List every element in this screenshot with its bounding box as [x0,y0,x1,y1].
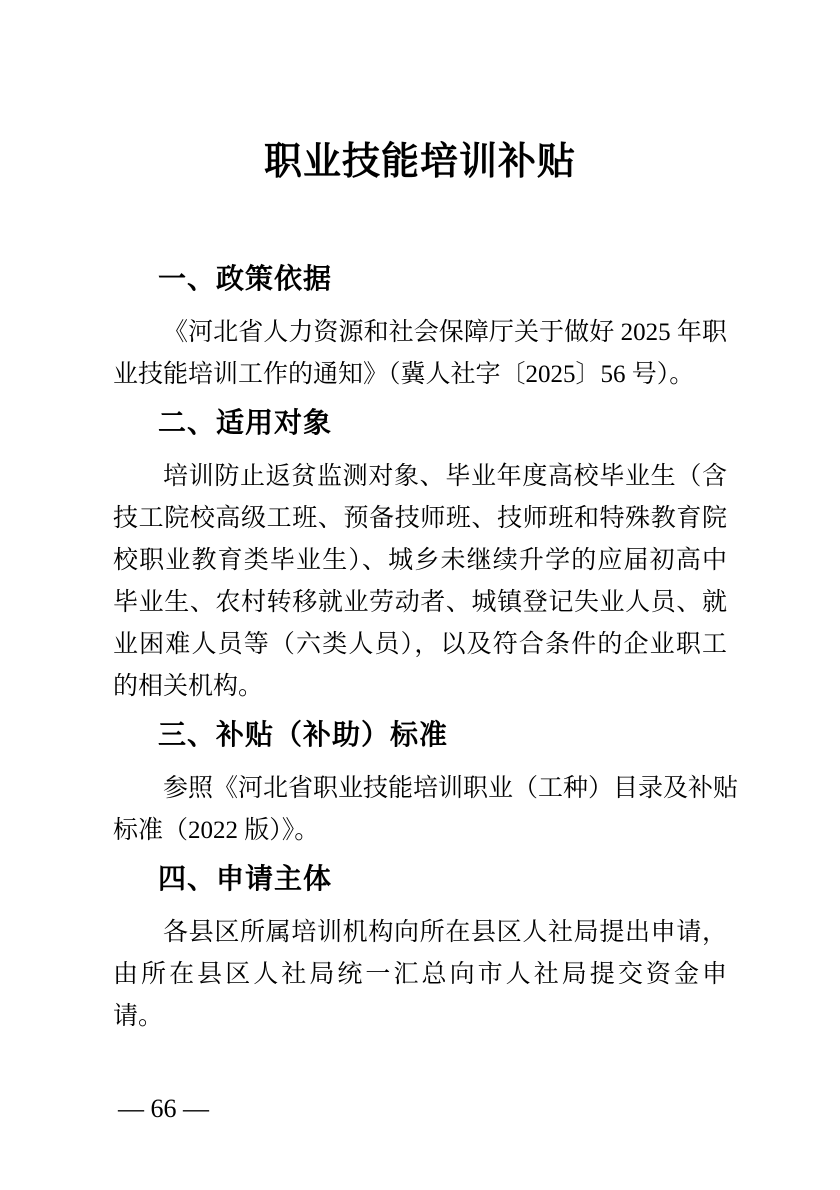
section-applicable-targets: 二、适用对象 培训防止返贫监测对象、毕业年度高校毕业生（含 技工院校高级工班、预… [113,405,727,708]
section-application-subject: 四、申请主体 各县区所属培训机构向所在县区人社局提出申请， 由所在县区人社局统一… [113,861,727,1038]
paragraph-line: 《河北省人力资源和社会保障厅关于做好 2025 年职 [113,312,727,354]
document-page: 职业技能培训补贴 一、政策依据 《河北省人力资源和社会保障厅关于做好 2025 … [0,0,840,1190]
page-number: — 66 — [118,1094,209,1123]
section-heading-application-subject: 四、申请主体 [158,861,727,897]
section-subsidy-standard: 三、补贴（补助）标准 参照《河北省职业技能培训职业（工种）目录及补贴 标准（20… [113,717,727,852]
paragraph-applicable-targets: 培训防止返贫监测对象、毕业年度高校毕业生（含 技工院校高级工班、预备技师班、技师… [113,456,727,708]
paragraph-line: 技工院校高级工班、预备技师班、技师班和特殊教育院 [113,498,727,540]
paragraph-line: 校职业教育类毕业生）、城乡未继续升学的应届初高中 [113,540,727,582]
paragraph-line: 参照《河北省职业技能培训职业（工种）目录及补贴 [113,768,727,810]
paragraph-line: 业困难人员等（六类人员），以及符合条件的企业职工 [113,624,727,666]
section-heading-subsidy-standard: 三、补贴（补助）标准 [158,717,727,753]
paragraph-subsidy-standard: 参照《河北省职业技能培训职业（工种）目录及补贴 标准（2022 版）》。 [113,768,727,852]
paragraph-application-subject: 各县区所属培训机构向所在县区人社局提出申请， 由所在县区人社局统一汇总向市人社局… [113,912,727,1038]
section-heading-applicable-targets: 二、适用对象 [158,405,727,441]
document-title: 职业技能培训补贴 [113,140,727,184]
section-heading-policy-basis: 一、政策依据 [158,261,727,297]
paragraph-line: 各县区所属培训机构向所在县区人社局提出申请， [113,912,727,954]
paragraph-line: 请。 [113,996,727,1038]
paragraph-line: 的相关机构。 [113,666,727,708]
paragraph-line: 业技能培训工作的通知》（冀人社字〔2025〕56 号）。 [113,354,727,396]
paragraph-policy-basis: 《河北省人力资源和社会保障厅关于做好 2025 年职 业技能培训工作的通知》（冀… [113,312,727,396]
paragraph-line: 标准（2022 版）》。 [113,810,727,852]
page-footer: — 66 — [118,1093,209,1125]
paragraph-line: 由所在县区人社局统一汇总向市人社局提交资金申 [113,954,727,996]
section-policy-basis: 一、政策依据 《河北省人力资源和社会保障厅关于做好 2025 年职 业技能培训工… [113,261,727,396]
paragraph-line: 培训防止返贫监测对象、毕业年度高校毕业生（含 [113,456,727,498]
paragraph-line: 毕业生、农村转移就业劳动者、城镇登记失业人员、就 [113,582,727,624]
